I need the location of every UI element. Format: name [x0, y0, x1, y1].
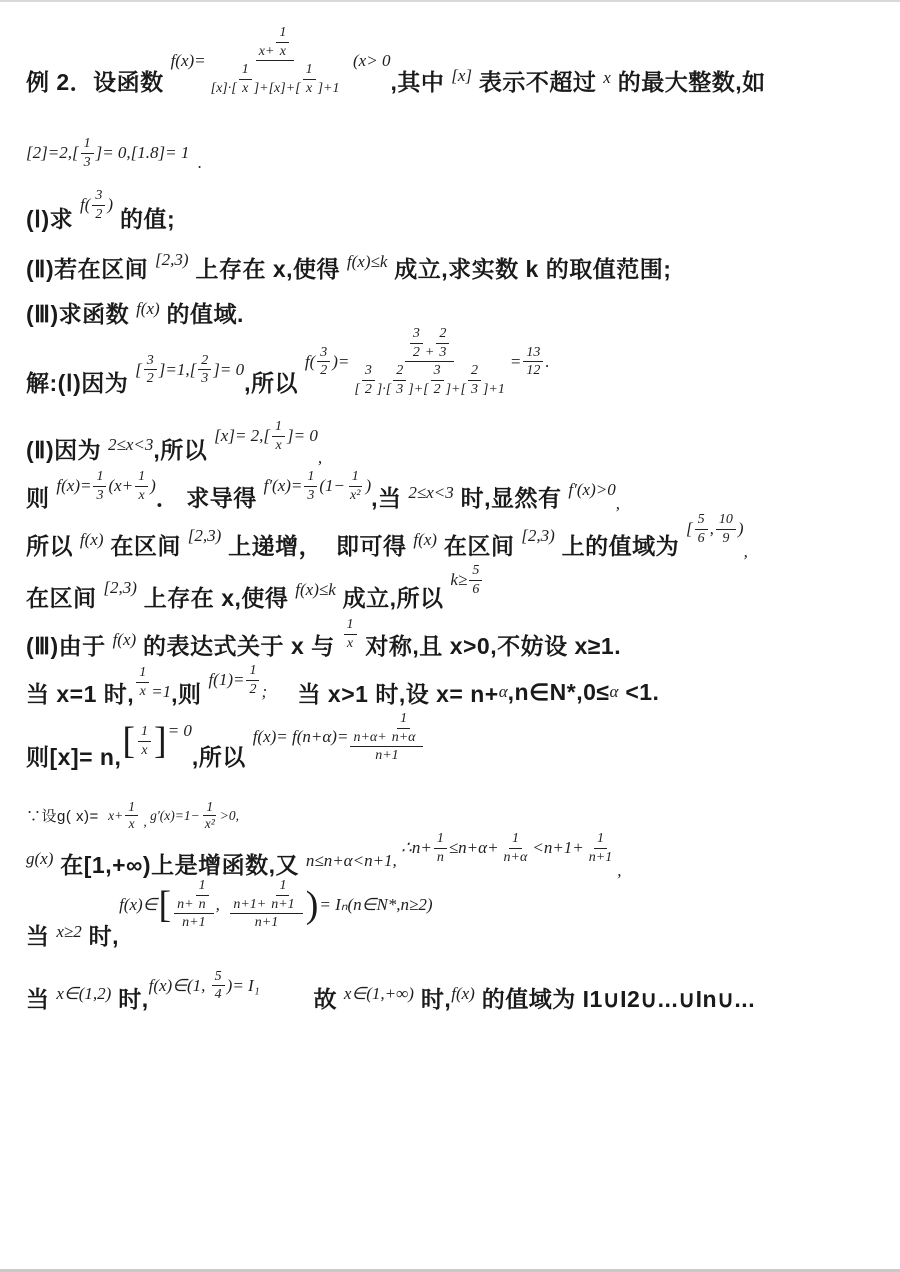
math-text: 2: [434, 381, 441, 399]
math-text: ]+1: [318, 80, 340, 98]
fraction-denominator: 12: [523, 362, 543, 380]
math-text: [2,3): [103, 578, 137, 598]
math-text: x≥2: [56, 922, 81, 942]
fraction-numerator: 2: [436, 325, 449, 344]
math-text: x: [140, 683, 146, 701]
math-text: f(x): [413, 530, 437, 550]
math-text: 1: [141, 723, 148, 741]
fraction: 1n: [434, 830, 447, 866]
math-text: 12: [526, 362, 540, 380]
math-text: f(x)≤k: [347, 252, 387, 272]
formula-group: [1x]= 0: [121, 722, 192, 760]
math-text: [x]: [451, 66, 472, 86]
fraction-numerator: 1: [81, 135, 94, 154]
cjk-text: 在区间: [437, 528, 521, 561]
math-text: .: [545, 352, 549, 372]
math-text: 1: [199, 877, 206, 895]
math-text: ): [738, 519, 744, 539]
formula-group: f(32)=32+23[32]·[23]+[32]+[23]+1=1312.: [305, 325, 550, 398]
cjk-text: ,则: [171, 676, 208, 709]
math-text: ): [107, 195, 113, 215]
cjk-text: (Ⅱ)因为: [26, 432, 108, 465]
formula-group: f(x)= f(n+α)=n+α+1n+αn+1: [253, 710, 426, 765]
text-line: g(x) 在[1,+∞)上是增函数,又 n≤n+α<n+1, ∴n+1n≤n+α…: [26, 845, 876, 881]
math-text: ]·[: [377, 381, 391, 399]
cjk-text: 当 x=1 时,: [26, 676, 134, 709]
math-text: ): [365, 476, 371, 496]
math-text: f(x): [451, 984, 475, 1004]
math-text: ,: [710, 519, 714, 539]
math-text: (x> 0: [345, 51, 391, 71]
formula-group: f(1)=12: [208, 662, 261, 698]
fraction: 54: [212, 968, 225, 1004]
fraction: 109: [716, 511, 736, 547]
math-text: 1: [275, 418, 282, 436]
fraction: 13: [93, 468, 106, 504]
math-text: [: [354, 381, 359, 399]
math-text: n+α+: [353, 729, 386, 747]
math-text: x+: [108, 808, 123, 824]
fraction-denominator: 2: [431, 381, 444, 399]
fraction-numerator: 1: [344, 616, 357, 635]
fraction-numerator: 1: [272, 418, 285, 437]
fraction-denominator: 4: [212, 986, 225, 1004]
math-text: n+: [177, 896, 193, 914]
math-text: 1: [242, 61, 249, 79]
fraction-numerator: 1: [594, 830, 607, 849]
cjk-text: ,所以: [192, 739, 253, 772]
math-text: g(x): [26, 849, 53, 869]
fraction-numerator: 1: [303, 61, 316, 80]
text-line: 则[x]= n,[1x]= 0,所以 f(x)= f(n+α)=n+α+1n+α…: [26, 728, 876, 783]
text-line: 所以 f(x) 在区间 [2,3) 上递增， 即可得 f(x) 在区间 [2,3…: [26, 526, 876, 562]
math-text: f(x): [80, 530, 104, 550]
math-text: x: [306, 80, 312, 98]
math-text: >0,: [220, 808, 239, 824]
math-text: f(x)=: [171, 51, 206, 71]
fraction-denominator: [x]·[1x]+[x]+[1x]+1: [208, 61, 343, 97]
math-text: n+1: [182, 914, 205, 932]
fraction-denominator: 3: [93, 487, 106, 505]
fraction-denominator: x: [272, 437, 284, 455]
fraction-numerator: 1: [138, 723, 151, 742]
cjk-text: 当: [26, 981, 56, 1014]
math-text: x²: [350, 487, 360, 505]
math-text: n+1: [271, 896, 294, 914]
fraction-denominator: x: [277, 43, 289, 61]
math-text: ]+[: [408, 381, 428, 399]
math-text: (1−: [319, 476, 345, 496]
cjk-text: 当: [26, 918, 56, 951]
fraction-denominator: 3: [436, 344, 449, 362]
fraction-numerator: 2: [393, 362, 406, 381]
text-line: 则 f(x)=13(x+1x)． 求导得 f′(x)=13(1−1x²),当 2…: [26, 478, 876, 514]
cjk-text: 时,: [414, 981, 451, 1014]
cjk-text: 成立,所以: [336, 580, 451, 613]
document-page: 例 2．设函数 f(x)=x+1x[x]·[1x]+[x]+[1x]+1 (x>…: [0, 0, 900, 1272]
math-text: ≤n+α+: [449, 838, 499, 858]
math-text: f(: [80, 195, 90, 215]
math-text: [x]·[: [211, 80, 237, 98]
fraction-numerator: 10: [716, 511, 736, 530]
cjk-text: 时,: [82, 918, 119, 951]
formula-group: f(x)∈[n+1nn+1, n+1+1n+1n+1)= Iₙ(n∈N*,n≥2…: [119, 877, 433, 932]
fraction-denominator: 2: [246, 681, 259, 699]
formula-group: k≥56: [450, 562, 484, 598]
fraction-denominator: x: [239, 80, 251, 98]
math-text: f(x)=: [56, 476, 91, 496]
cjk-text: ． 求导得: [156, 480, 264, 513]
text-line: (Ⅰ)求 f(32) 的值;: [26, 199, 876, 235]
fraction-numerator: 1: [196, 877, 209, 896]
fraction-numerator: 1: [276, 24, 289, 43]
math-text: 2≤x<3: [108, 435, 153, 455]
fraction-numerator: 2: [198, 352, 211, 371]
text-line: (Ⅱ)因为 2≤x<3,所以 [x]= 2,[1x]= 0,: [26, 430, 876, 466]
math-text: ,: [616, 494, 620, 514]
fraction-numerator: 1: [125, 799, 138, 817]
fraction-denominator: x²: [347, 487, 363, 505]
math-text: 6: [472, 581, 479, 599]
fraction: n+1nn+1: [174, 877, 213, 932]
math-text: n: [199, 896, 206, 914]
fraction: 1n+α: [501, 830, 531, 866]
fraction-denominator: x: [126, 816, 138, 833]
fraction: 23: [393, 362, 406, 398]
cjk-text: 的值;: [113, 201, 175, 234]
math-text: x+: [259, 43, 275, 61]
cjk-text: 在[1,+∞)上是增函数,又: [53, 847, 306, 880]
math-text: x: [141, 742, 147, 760]
fraction-denominator: x²: [202, 816, 218, 833]
cjk-text: 则: [26, 480, 56, 513]
cjk-text: 故: [260, 981, 344, 1014]
fraction-numerator: 1: [509, 830, 522, 849]
fraction-numerator: 3: [410, 325, 423, 344]
math-text: 3: [84, 154, 91, 172]
text-line: (Ⅲ)由于 f(x) 的表达式关于 x 与 1x 对称,且 x>0,不妨设 x≥…: [26, 626, 876, 662]
cjk-text: 的值域为 I1∪I2∪...∪In∪...: [475, 981, 755, 1014]
cjk-text: 成立,求实数 k 的取值范围;: [387, 251, 671, 284]
math-text: 3: [471, 381, 478, 399]
bracket-delimiter: [: [122, 722, 135, 760]
fraction-denominator: 3: [81, 154, 94, 172]
fraction-denominator: 2: [144, 370, 157, 388]
fraction: 1x: [136, 664, 149, 700]
fraction: 1x: [272, 418, 285, 454]
fraction-denominator: x: [303, 80, 315, 98]
fraction: 13: [81, 135, 94, 171]
math-text: [: [686, 519, 693, 539]
fraction: 1n+1: [268, 877, 297, 913]
math-text: 5: [215, 968, 222, 986]
formula-group: f(x)=13(x+1x): [56, 468, 155, 504]
cjk-text: (Ⅲ)由于: [26, 628, 113, 661]
math-text: 3: [307, 487, 314, 505]
math-text: (n∈N*,n≥2): [348, 895, 433, 915]
fraction-numerator: x+1x: [256, 24, 295, 61]
fraction-numerator: n+1n: [174, 877, 213, 914]
fraction-numerator: 32+23: [405, 325, 454, 362]
math-text: (x+: [108, 476, 133, 496]
math-text: ,: [318, 448, 322, 468]
fraction: 56: [695, 511, 708, 547]
fraction-numerator: 1: [397, 710, 410, 729]
math-text: 3: [439, 344, 446, 362]
cjk-text: 在区间: [26, 580, 103, 613]
fraction-numerator: 1: [434, 830, 447, 849]
math-text: ,: [216, 895, 229, 915]
fraction-numerator: n+1+1n+1: [230, 877, 302, 914]
cjk-text: ,当: [371, 480, 408, 513]
math-text: 1: [400, 710, 407, 728]
math-text: 1: [306, 61, 313, 79]
math-text: 2: [439, 325, 446, 343]
math-text: 2: [201, 352, 208, 370]
math-text: 1: [249, 662, 256, 680]
text-line: 当 x≥2 时,f(x)∈[n+1nn+1, n+1+1n+1n+1)= Iₙ(…: [26, 907, 876, 962]
fraction: 32: [317, 344, 330, 380]
fraction-numerator: 1: [246, 662, 259, 681]
cjk-text: (Ⅰ)求: [26, 201, 80, 234]
formula-group: f(32): [80, 187, 113, 223]
fraction: 32+23[32]·[23]+[32]+[23]+1: [351, 325, 507, 398]
math-text: ]+[x]+[: [254, 80, 301, 98]
fraction: 1x²: [202, 799, 218, 834]
math-text: 4: [215, 986, 222, 1004]
math-text: f(x)= f(n+α)=: [253, 727, 349, 747]
fraction-denominator: n+α: [389, 729, 419, 747]
math-text: x∈(1,2): [56, 984, 111, 1004]
math-text: [2,3): [521, 526, 555, 546]
math-text: 3: [96, 487, 103, 505]
math-text: n+1: [375, 747, 398, 765]
fraction: 1x: [125, 799, 138, 834]
math-text: 1: [347, 616, 354, 634]
fraction-denominator: 3: [198, 370, 211, 388]
math-text: 3: [95, 187, 102, 205]
math-text: )=: [332, 352, 349, 372]
math-text: 1: [139, 664, 146, 682]
fraction-numerator: 3: [92, 187, 105, 206]
math-text: n+1: [589, 849, 612, 867]
fraction: n+α+1n+αn+1: [350, 710, 423, 765]
fraction: n+1+1n+1n+1: [230, 877, 302, 932]
math-text: 3: [396, 381, 403, 399]
math-text: = 0: [168, 721, 192, 741]
math-text: 1: [279, 877, 286, 895]
fraction-denominator: 2: [410, 344, 423, 362]
math-text: n+α: [392, 729, 416, 747]
text-line: (Ⅱ)若在区间 [2,3) 上存在 x,使得 f(x)≤k 成立,求实数 k 的…: [26, 251, 876, 284]
text-line: 在区间 [2,3) 上存在 x,使得 f(x)≤k 成立,所以 k≥56: [26, 578, 876, 614]
math-text: 2: [471, 362, 478, 380]
math-text: <n+1+: [532, 838, 583, 858]
fraction-numerator: 1: [276, 877, 289, 896]
math-text: α: [499, 682, 508, 702]
cjk-text: ,所以: [153, 432, 214, 465]
math-text: [x]= 2,[: [214, 426, 270, 446]
math-text: 1: [206, 799, 213, 816]
fraction-numerator: 5: [695, 511, 708, 530]
cjk-text: 解:(Ⅰ)因为: [26, 365, 135, 398]
math-text: [2,3): [188, 526, 222, 546]
cjk-text: 上的值域为: [555, 528, 686, 561]
math-text: 1: [84, 135, 91, 153]
math-text: 13: [526, 344, 540, 362]
fraction-denominator: n: [196, 896, 209, 914]
math-text: n+1: [255, 914, 278, 932]
math-text: 9: [722, 530, 729, 548]
math-text: 1: [437, 830, 444, 848]
math-text: [2,3): [155, 250, 189, 270]
math-text: 2: [365, 381, 372, 399]
cjk-text: ,n∈N*,0≤: [508, 679, 610, 706]
cjk-text: 上存在 x,使得: [137, 580, 295, 613]
math-text: 10: [719, 511, 733, 529]
math-text: ]+1: [483, 381, 505, 399]
bracket-delimiter: [: [158, 886, 171, 924]
math-text: n≤n+α<n+1,: [306, 851, 397, 871]
math-text: 2: [147, 370, 154, 388]
fraction-denominator: n+1: [372, 747, 401, 765]
math-text: n+1+: [233, 896, 266, 914]
math-text: x: [129, 816, 135, 833]
math-text: 1: [138, 468, 145, 486]
fraction: 23: [436, 325, 449, 361]
cjk-text: 所以: [26, 528, 80, 561]
formula-group: [x]= 2,[1x]= 0: [214, 418, 318, 454]
math-text: 3: [434, 362, 441, 380]
math-text: f(x): [113, 630, 137, 650]
fraction: 32: [410, 325, 423, 361]
fraction-denominator: 2: [317, 362, 330, 380]
math-text: f(x)∈: [119, 895, 157, 915]
fraction: 32: [144, 352, 157, 388]
fraction-denominator: n+1: [586, 849, 615, 867]
math-text: 2: [249, 681, 256, 699]
cjk-text: <1.: [618, 679, 659, 706]
cjk-text: 例 2．设函数: [26, 64, 171, 97]
formula-group: f(x)∈(1, 54)= I₁: [149, 968, 260, 1004]
fraction-denominator: x: [136, 487, 148, 505]
text-line: 解:(Ⅰ)因为 [32]=1,[23]= 0,所以 f(32)=32+23[32…: [26, 345, 876, 418]
bracket-delimiter: ): [306, 886, 319, 924]
math-text: 1: [352, 468, 359, 486]
math-text: 2: [413, 344, 420, 362]
math-text: x²: [205, 816, 215, 833]
math-text: 1: [512, 830, 519, 848]
fraction-numerator: n+α+1n+α: [350, 710, 423, 747]
cjk-text: ,其中: [390, 64, 451, 97]
math-text: 3: [365, 362, 372, 380]
fraction-numerator: 1: [349, 468, 362, 487]
math-text: f(x): [136, 299, 160, 319]
math-text: 5: [698, 511, 705, 529]
cjk-text: 时,显然有: [454, 480, 569, 513]
math-text: x: [139, 487, 145, 505]
fraction: 56: [469, 562, 482, 598]
fraction-denominator: 6: [695, 530, 708, 548]
text-line: [2]=2,[13]= 0,[1.8]= 1 .: [26, 135, 876, 171]
fraction-numerator: 5: [469, 562, 482, 581]
math-text: ]= 0: [213, 360, 244, 380]
formula-group: ∴n+1n≤n+α+1n+α<n+1+1n+1: [397, 830, 617, 866]
math-text: 1: [279, 24, 286, 42]
math-text: 1: [96, 468, 103, 486]
fraction-numerator: 1: [304, 468, 317, 487]
formula-group: [56,109): [686, 511, 744, 547]
math-text: ]=1,[: [159, 360, 196, 380]
fraction-numerator: 5: [212, 968, 225, 987]
math-text: x: [280, 43, 286, 61]
fraction-denominator: [32]·[23]+[32]+[23]+1: [351, 362, 507, 398]
fraction: 1x: [239, 61, 252, 97]
fraction: 32: [431, 362, 444, 398]
math-text: 2: [396, 362, 403, 380]
math-text: f′(x)=: [264, 476, 303, 496]
fraction: 1x: [138, 723, 151, 759]
math-text: +: [425, 344, 434, 362]
cjk-text: 表示不超过: [472, 64, 603, 97]
fraction: 1312: [523, 344, 543, 380]
math-text: ,: [744, 542, 748, 562]
math-text: k≥: [450, 570, 467, 590]
cjk-text: (Ⅱ)若在区间: [26, 251, 155, 284]
cjk-text: 在区间: [103, 528, 187, 561]
cjk-text: ,所以: [244, 365, 305, 398]
math-text: ∴n+: [397, 838, 432, 858]
math-text: [: [135, 360, 142, 380]
fraction-numerator: 2: [468, 362, 481, 381]
math-text: 2: [95, 206, 102, 224]
fraction-denominator: x: [137, 683, 149, 701]
cjk-text: 则[x]= n,: [26, 739, 121, 772]
cjk-text: 对称,且 x>0,不妨设 x≥1.: [359, 628, 622, 661]
text-line: ∵设g( x)= x+1x , g′(x)=1−1x²>0,: [26, 799, 876, 834]
text-line: 例 2．设函数 f(x)=x+1x[x]·[1x]+[x]+[1x]+1 (x>…: [26, 44, 876, 117]
fraction-denominator: 2: [362, 381, 375, 399]
fraction-denominator: 9: [719, 530, 732, 548]
fraction-numerator: 13: [523, 344, 543, 363]
fraction-denominator: n+α: [501, 849, 531, 867]
math-text: g′(x)=1−: [147, 808, 200, 824]
math-text: 6: [698, 530, 705, 548]
math-text: f(x)≤k: [295, 580, 335, 600]
fraction-denominator: 2: [92, 206, 105, 224]
fraction-denominator: 3: [304, 487, 317, 505]
fraction: 1n+α: [389, 710, 419, 746]
fraction-numerator: 1: [135, 468, 148, 487]
fraction-numerator: 1: [136, 664, 149, 683]
cjk-text: 的值域.: [160, 296, 244, 329]
math-text: = Iₙ: [319, 895, 347, 915]
fraction-numerator: 1: [93, 468, 106, 487]
math-text: x∈(1,+∞): [344, 984, 414, 1004]
math-text: f(1)=: [208, 670, 244, 690]
math-text: ): [150, 476, 156, 496]
fraction: 1x²: [347, 468, 363, 504]
math-text: α: [610, 682, 619, 702]
math-text: n+α: [504, 849, 528, 867]
fraction-denominator: 3: [468, 381, 481, 399]
fraction: 1x: [303, 61, 316, 97]
math-text: n: [437, 849, 444, 867]
fraction: 13: [304, 468, 317, 504]
math-text: ,: [617, 861, 621, 881]
fraction-numerator: 1: [239, 61, 252, 80]
formula-group: f′(x)=13(1−1x²): [264, 468, 372, 504]
